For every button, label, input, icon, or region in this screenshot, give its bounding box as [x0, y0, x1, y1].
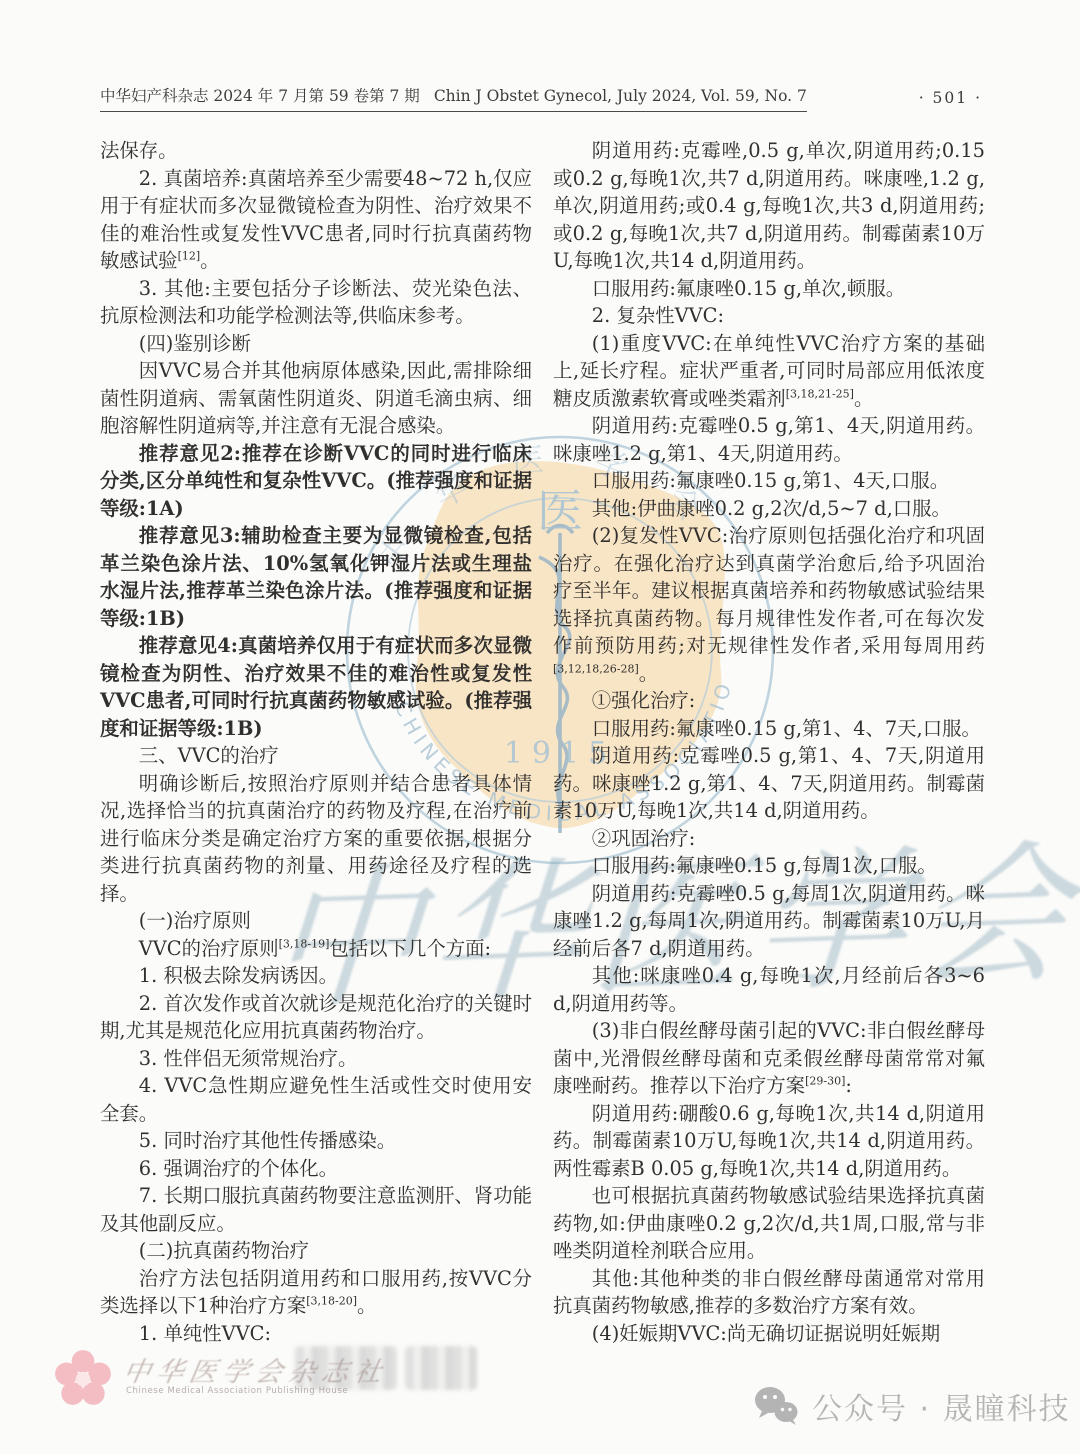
blurred-watermark-block — [295, 1346, 397, 1390]
paragraph: (3)非白假丝酵母菌引起的VVC:非白假丝酵母菌中,光滑假丝酵母菌和克柔假丝酵母… — [553, 1017, 985, 1100]
reference-superscript: [3,18-20] — [306, 1295, 357, 1308]
paragraph: 推荐意见2:推荐在诊断VVC的同时进行临床分类,区分单纯性和复杂性VVC。(推荐… — [100, 440, 532, 523]
journal-title-line: 中华妇产科杂志 2024 年 7 月第 59 卷第 7 期Chin J Obst… — [100, 84, 807, 112]
paragraph: 2. 首次发作或首次就诊是规范化治疗的关键时期,尤其是规范化应用抗真菌药物治疗。 — [100, 990, 532, 1045]
paragraph: 口服用药:氟康唑0.15 g,单次,顿服。 — [553, 275, 985, 303]
reference-superscript: [29-30] — [805, 1075, 845, 1088]
reference-superscript: [3,18,21-25] — [786, 387, 854, 400]
paragraph: (二)抗真菌药物治疗 — [100, 1237, 532, 1265]
paragraph: (四)鉴别诊断 — [100, 330, 532, 358]
paragraph: 1. 积极去除发病诱因。 — [100, 962, 532, 990]
paragraph: 阴道用药:克霉唑0.5 g,第1、4、7天,阴道用药。咪康唑1.2 g,第1、4… — [553, 742, 985, 825]
wechat-icon — [752, 1385, 800, 1427]
reference-superscript: [12] — [178, 250, 201, 263]
reference-superscript: [3,18-19] — [279, 937, 330, 950]
paragraph: 5. 同时治疗其他性传播感染。 — [100, 1127, 532, 1155]
paragraph: 1. 单纯性VVC: — [100, 1320, 532, 1348]
paragraph: ②巩固治疗: — [553, 825, 985, 853]
paragraph: 因VVC易合并其他病原体感染,因此,需排除细菌性阴道病、需氧菌性阴道炎、阴道毛滴… — [100, 357, 532, 440]
paragraph: ①强化治疗: — [553, 687, 985, 715]
reference-superscript: [3,12,18,26-28] — [553, 662, 639, 675]
paragraph: 阴道用药:硼酸0.6 g,每晚1次,共14 d,阴道用药。制霉菌素10万U,每晚… — [553, 1100, 985, 1183]
paragraph: 推荐意见4:真菌培养仅用于有症状而多次显微镜检查为阴性、治疗效果不佳的难治性或复… — [100, 632, 532, 742]
journal-title-cn: 中华妇产科杂志 2024 年 7 月第 59 卷第 7 期 — [100, 87, 420, 105]
paragraph: 口服用药:氟康唑0.15 g,第1、4、7天,口服。 — [553, 715, 985, 743]
paragraph: 也可根据抗真菌药物敏感试验结果选择抗真菌药物,如:伊曲康唑0.2 g,2次/d,… — [553, 1182, 985, 1265]
paragraph: 治疗方法包括阴道用药和口服用药,按VVC分类选择以下1种治疗方案[3,18-20… — [100, 1265, 532, 1320]
paragraph: 阴道用药:克霉唑0.5 g,每周1次,阴道用药。咪康唑1.2 g,每周1次,阴道… — [553, 880, 985, 963]
blurred-watermark-block — [405, 1346, 477, 1390]
paragraph: 7. 长期口服抗真菌药物要注意监测肝、肾功能及其他副反应。 — [100, 1182, 532, 1237]
plum-blossom-icon — [52, 1348, 114, 1410]
journal-title-en: Chin J Obstet Gynecol, July 2024, Vol. 5… — [434, 87, 807, 105]
left-column: 法保存。2. 真菌培养:真菌培养至少需要48~72 h,仅应用于有症状而多次显微… — [100, 137, 532, 1347]
paragraph: 6. 强调治疗的个体化。 — [100, 1155, 532, 1183]
footer-account-text: 公众号 · 晟瞳科技 — [812, 1384, 1071, 1428]
paragraph: (一)治疗原则 — [100, 907, 532, 935]
paragraph: 阴道用药:克霉唑0.5 g,第1、4天,阴道用药。咪康唑1.2 g,第1、4天,… — [553, 412, 985, 467]
paragraph: 4. VVC急性期应避免性生活或性交时使用安全套。 — [100, 1072, 532, 1127]
paragraph: 三、VVC的治疗 — [100, 742, 532, 770]
paragraph: (2)复发性VVC:治疗原则包括强化治疗和巩固治疗。在强化治疗达到真菌学治愈后,… — [553, 522, 985, 687]
paragraph: 阴道用药:克霉唑,0.5 g,单次,阴道用药;0.15或0.2 g,每晚1次,共… — [553, 137, 985, 275]
paragraph: 口服用药:氟康唑0.15 g,第1、4天,口服。 — [553, 467, 985, 495]
paragraph: 2. 复杂性VVC: — [553, 302, 985, 330]
paragraph: 2. 真菌培养:真菌培养至少需要48~72 h,仅应用于有症状而多次显微镜检查为… — [100, 165, 532, 275]
paragraph: 推荐意见3:辅助检查主要为显微镜检查,包括革兰染色涂片法、10%氢氧化钾湿片法或… — [100, 522, 532, 632]
paragraph: 3. 性伴侣无须常规治疗。 — [100, 1045, 532, 1073]
page-header: 中华妇产科杂志 2024 年 7 月第 59 卷第 7 期Chin J Obst… — [100, 84, 982, 112]
paragraph: 口服用药:氟康唑0.15 g,每周1次,口服。 — [553, 852, 985, 880]
right-column: 阴道用药:克霉唑,0.5 g,单次,阴道用药;0.15或0.2 g,每晚1次,共… — [553, 137, 985, 1347]
paragraph: 3. 其他:主要包括分子诊断法、荧光染色法、抗原检测法和功能学检测法等,供临床参… — [100, 275, 532, 330]
paragraph: 其他:其他种类的非白假丝酵母菌通常对常用抗真菌药物敏感,推荐的多数治疗方案有效。 — [553, 1265, 985, 1320]
page-number: · 501 · — [919, 89, 982, 112]
paragraph: 法保存。 — [100, 137, 532, 165]
paragraph: 其他:咪康唑0.4 g,每晚1次,月经前后各3~6 d,阴道用药等。 — [553, 962, 985, 1017]
paragraph: (1)重度VVC:在单纯性VVC治疗方案的基础上,延长疗程。症状严重者,可同时局… — [553, 330, 985, 413]
paragraph: 其他:伊曲康唑0.2 g,2次/d,5~7 d,口服。 — [553, 495, 985, 523]
paragraph: VVC的治疗原则[3,18-19]包括以下几个方面: — [100, 935, 532, 963]
footer-watermark: 公众号 · 晟瞳科技 — [752, 1384, 1071, 1428]
paragraph: 明确诊断后,按照治疗原则并结合患者具体情况,选择恰当的抗真菌治疗的药物及疗程,在… — [100, 770, 532, 908]
paragraph: (4)妊娠期VVC:尚无确切证据说明妊娠期 — [553, 1320, 985, 1348]
journal-page: 医 1915 中华医学会 CHINESE MEDICAL ASSOCIATION… — [0, 0, 1080, 1454]
